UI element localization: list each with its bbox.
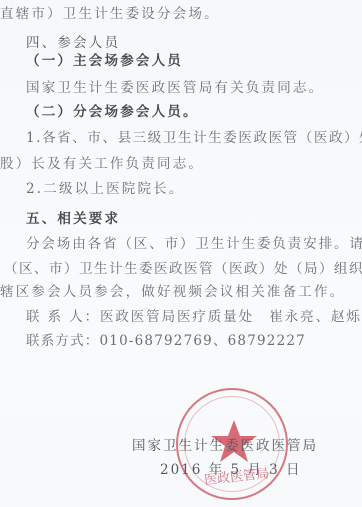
requirements-paragraph-line-3: 辖区参会人员参会，做好视频会议相关准备工作。 <box>0 284 345 300</box>
requirements-paragraph-line-2: （区、市）卫生计生委医政医管（医政）处（局）组织好本 <box>4 261 362 277</box>
document-page: 直辖市）卫生计生委设分会场。 四、参会人员 （一）主会场参会人员 国家卫生计生委… <box>0 0 362 507</box>
subheading-main-venue: （一）主会场参会人员 <box>26 53 183 69</box>
issue-date: 2016 年 5 月 3 日 <box>160 458 302 478</box>
issuer-signature: 国家卫生计生委医政医管局 <box>132 434 318 454</box>
list-item-1: 1.各省、市、县三级卫生计生委医政医管（医政）处（科、 <box>26 130 362 146</box>
subheading-branch-venue: （二）分会场参会人员。 <box>26 104 199 120</box>
contact-phone: 联系方式：010-68792769、68792227 <box>26 333 306 349</box>
section-heading-requirements: 五、相关要求 <box>26 211 120 227</box>
section-heading-attendees: 四、参会人员 <box>26 35 120 51</box>
text-main-venue-attendees: 国家卫生计生委医政医管局有关负责同志。 <box>26 80 324 96</box>
list-item-2: 2.二级以上医院院长。 <box>26 181 185 197</box>
contact-person: 联 系 人：医政医管局医疗质量处 崔永亮、赵烁 <box>26 309 362 325</box>
list-item-1-continued: 股）长及有关工作负责同志。 <box>0 156 204 172</box>
text-line-continued: 直辖市）卫生计生委设分会场。 <box>0 6 220 22</box>
requirements-paragraph-line-1: 分会场由各省（区、市）卫生计生委负责安排。请各省 <box>26 236 362 252</box>
